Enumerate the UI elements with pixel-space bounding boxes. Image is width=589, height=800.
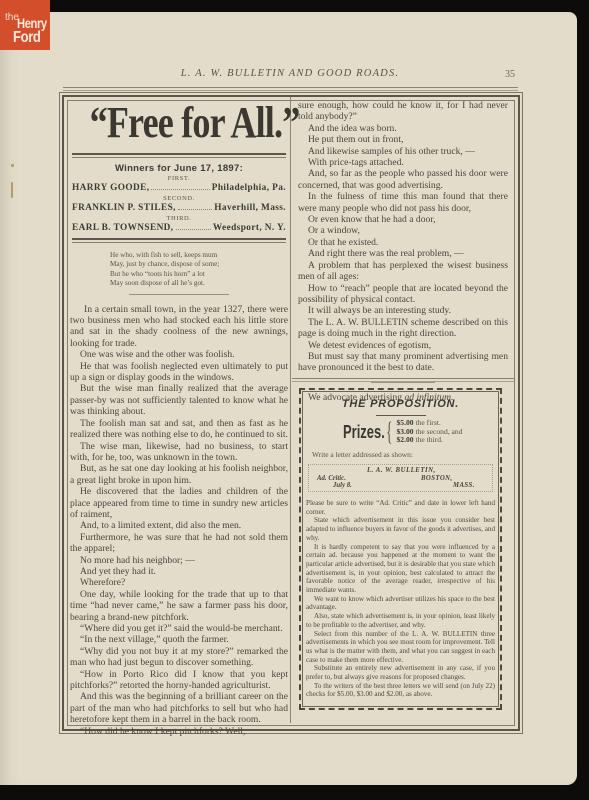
paragraph: State which advertisement in this issue … bbox=[306, 516, 495, 542]
right-column: sure enough, how could he know it, for I… bbox=[298, 97, 508, 403]
leader-dots bbox=[151, 183, 209, 190]
paragraph: The foolish man sat and sat, and then as… bbox=[70, 418, 288, 441]
envelope-state: MASS. bbox=[453, 482, 475, 489]
page-stain bbox=[11, 182, 13, 198]
verse-rule bbox=[129, 294, 229, 295]
title-rule bbox=[72, 157, 286, 158]
paragraph: “How in Porto Rico did I know that you k… bbox=[70, 669, 288, 692]
prize-desc: the third. bbox=[415, 435, 442, 444]
page-stain bbox=[11, 164, 14, 167]
paragraph: But the wise man finally realized that t… bbox=[70, 383, 288, 417]
verse-line: He who, with fish to sell, keeps mum bbox=[110, 251, 288, 260]
henry-ford-logo[interactable]: the Henry Ford bbox=[0, 0, 50, 50]
proposition-body: Please be sure to write “Ad. Critic” and… bbox=[306, 499, 495, 699]
paragraph: It will always be an interesting study. bbox=[298, 305, 508, 316]
verse: He who, with fish to sell, keeps mum May… bbox=[110, 251, 288, 289]
paragraph: One was wise and the other was foolish. bbox=[70, 349, 288, 360]
paragraph: How to “reach” people that are located b… bbox=[298, 283, 508, 306]
winner-location: Weedsport, N. Y. bbox=[213, 223, 286, 234]
paragraph: Substitute an entirely new advertisement… bbox=[306, 664, 495, 681]
paragraph: And, to a limited extent, did also the m… bbox=[70, 520, 288, 531]
paragraph: “How did he know I kept pitchforks? Well… bbox=[70, 726, 288, 737]
winner-place: FIRST. bbox=[70, 175, 288, 183]
paragraph: And right there was the real problem, — bbox=[298, 248, 508, 259]
winner-location: Philadelphia, Pa. bbox=[212, 183, 286, 194]
winner-place: SECOND. bbox=[70, 195, 288, 203]
header-rule bbox=[63, 87, 518, 88]
title-rule bbox=[72, 153, 286, 155]
paragraph: In a certain small town, in the year 132… bbox=[70, 304, 288, 350]
winner-name: EARL B. TOWNSEND, bbox=[72, 223, 174, 234]
paragraph: Or that he existed. bbox=[298, 237, 508, 248]
winner-row: FRANKLIN P. STILES, Haverhill, Mass. bbox=[70, 203, 288, 214]
winner-row: HARRY GOODE, Philadelphia, Pa. bbox=[70, 183, 288, 194]
envelope-date: July 8. bbox=[333, 482, 352, 489]
paragraph: With price-tags attached. bbox=[298, 157, 508, 168]
winner-location: Haverhill, Mass. bbox=[214, 203, 286, 214]
winner-name: FRANKLIN P. STILES, bbox=[72, 203, 176, 214]
paragraph: Wherefore? bbox=[70, 577, 288, 588]
envelope-ad-critic: Ad. Critic. bbox=[317, 475, 346, 482]
paragraph: “In the next village,” quoth the farmer. bbox=[70, 634, 288, 645]
column-divider bbox=[290, 97, 291, 723]
paragraph: One day, while looking for the trade tha… bbox=[70, 589, 288, 623]
header-rule bbox=[63, 90, 518, 91]
paragraph: We want to know which advertiser utilize… bbox=[306, 595, 495, 612]
prizes-block: Prizes. { $5.00 the first. $3.00 the sec… bbox=[343, 419, 495, 445]
logo-henry: Henry bbox=[17, 16, 47, 30]
proposition-rule bbox=[376, 415, 426, 416]
paragraph: He that was foolish neglected even ultim… bbox=[70, 361, 288, 384]
leader-dots bbox=[178, 203, 212, 210]
story-left: In a certain small town, in the year 132… bbox=[70, 304, 288, 737]
prizes-label: Prizes. bbox=[343, 422, 375, 443]
running-head: L. A. W. BULLETIN AND GOOD ROADS. bbox=[60, 68, 520, 79]
paragraph: Please be sure to write “Ad. Critic” and… bbox=[306, 499, 495, 516]
paragraph: But must say that many prominent adverti… bbox=[298, 351, 508, 374]
paragraph: And, so far as the people who passed his… bbox=[298, 168, 508, 191]
paragraph: Or even know that he had a door, bbox=[298, 214, 508, 225]
winner-place: THIRD. bbox=[70, 215, 288, 223]
left-column: “Free for All.” Winners for June 17, 189… bbox=[70, 97, 288, 737]
paragraph: And yet they had it. bbox=[70, 566, 288, 577]
paragraph: To the writers of the best three letters… bbox=[306, 682, 495, 699]
paragraph: Or a window, bbox=[298, 225, 508, 236]
paragraph: It is hardly competent to say that you w… bbox=[306, 543, 495, 595]
paragraph: And the idea was born. bbox=[298, 123, 508, 134]
proposition-separator bbox=[292, 381, 514, 382]
paragraph: “Where did you get it?” said the would-b… bbox=[70, 623, 288, 634]
paragraph: Also, state which advertisement is, in y… bbox=[306, 612, 495, 629]
envelope-line1: L. A. W. BULLETIN, bbox=[367, 467, 436, 474]
page-number: 35 bbox=[505, 69, 515, 80]
paragraph: The L. A. W. BULLETIN scheme described o… bbox=[298, 317, 508, 340]
paragraph: We detest evidences of egotism, bbox=[298, 340, 508, 351]
paragraph: Select from this number of the L. A. W. … bbox=[306, 630, 495, 665]
paragraph: But, as he sat one day looking at his fo… bbox=[70, 463, 288, 486]
winners-heading: Winners for June 17, 1897: bbox=[70, 163, 288, 174]
paragraph: He discovered that the ladies and childr… bbox=[70, 486, 288, 520]
paragraph: And likewise samples of his other truck,… bbox=[298, 146, 508, 157]
envelope-city: BOSTON, bbox=[421, 475, 453, 482]
paragraph: In the fulness of time this man found th… bbox=[298, 191, 508, 214]
prize-list: $5.00 the first. $3.00 the second, and $… bbox=[396, 419, 462, 445]
winners-rule bbox=[72, 238, 286, 240]
paragraph: He put them out in front, bbox=[298, 134, 508, 145]
brace-icon: { bbox=[386, 419, 392, 445]
paragraph: A problem that has perplexed the wisest … bbox=[298, 260, 508, 283]
paragraph: No more had his neighbor; — bbox=[70, 555, 288, 566]
leader-dots bbox=[176, 223, 211, 230]
winner-name: HARRY GOODE, bbox=[72, 183, 149, 194]
paragraph: The wise man, likewise, had no business,… bbox=[70, 441, 288, 464]
verse-line: But he who “toots his horn” a lot bbox=[110, 270, 288, 279]
paragraph: sure enough, how could he know it, for I… bbox=[298, 100, 508, 123]
paragraph: “Why did you not buy it at my store?” re… bbox=[70, 646, 288, 669]
winner-row: EARL B. TOWNSEND, Weedsport, N. Y. bbox=[70, 223, 288, 234]
verse-line: May, just by chance, dispose of some; bbox=[110, 260, 288, 269]
proposition-box: THE PROPOSITION. Prizes. { $5.00 the fir… bbox=[299, 388, 502, 710]
verse-line: May soon dispose of all he’s got. bbox=[110, 279, 288, 288]
winners-rule bbox=[72, 242, 286, 243]
proposition-title: THE PROPOSITION. bbox=[306, 398, 495, 410]
proposition-separator bbox=[292, 378, 514, 379]
paragraph: Furthermore, he was sure that he had not… bbox=[70, 532, 288, 555]
prize-amount: $2.00 bbox=[396, 435, 413, 444]
prize-item: $2.00 the third. bbox=[396, 436, 462, 445]
envelope-address: L. A. W. BULLETIN, Ad. Critic. July 8. B… bbox=[308, 464, 493, 492]
write-instruction: Write a letter addressed as shown: bbox=[312, 450, 495, 459]
logo-ford: Ford bbox=[13, 30, 41, 46]
free-for-all-title: “Free for All.” bbox=[90, 101, 269, 145]
story-right: sure enough, how could he know it, for I… bbox=[298, 100, 508, 374]
paragraph: And this was the beginning of a brillian… bbox=[70, 691, 288, 725]
